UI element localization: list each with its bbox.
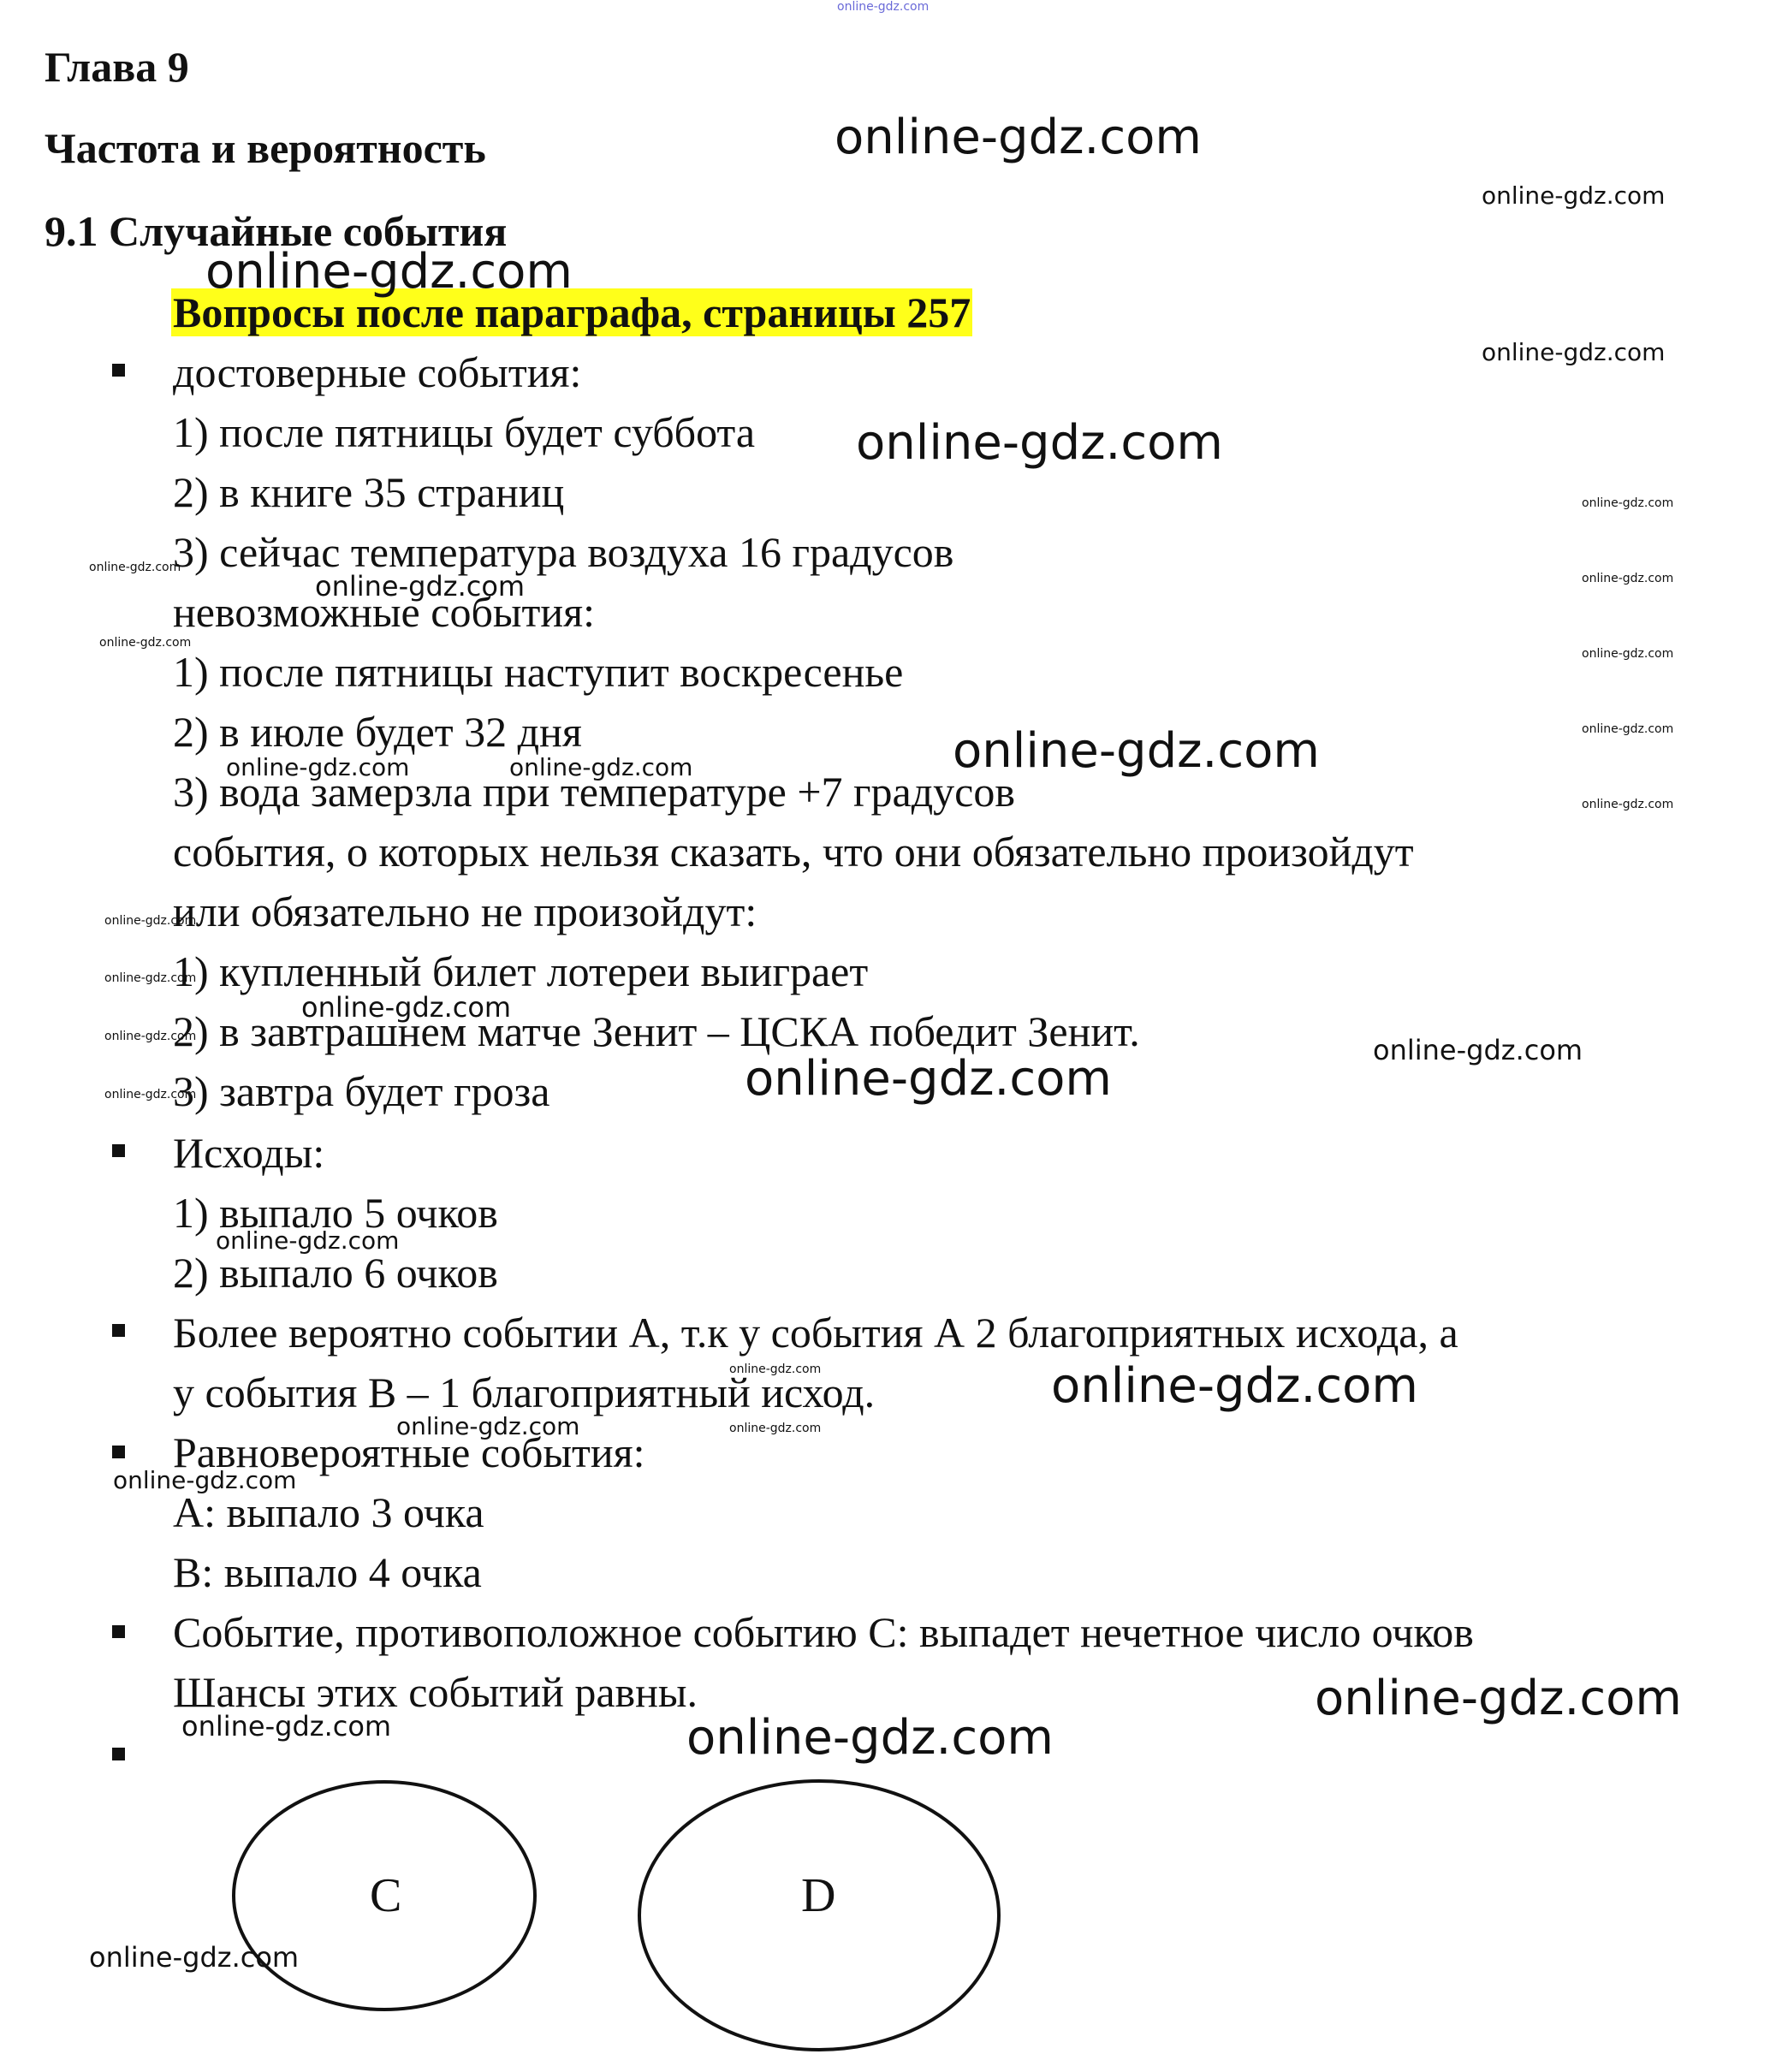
watermark: online-gdz.com [835, 110, 1202, 165]
event-d-label: D [801, 1870, 835, 1921]
watermark: online-gdz.com [113, 1466, 296, 1494]
watermark: online-gdz.com [89, 561, 181, 574]
watermark: online-gdz.com [686, 1710, 1054, 1766]
watermark: online-gdz.com [1482, 338, 1665, 366]
watermark: online-gdz.com [104, 1088, 196, 1101]
watermark: online-gdz.com [226, 753, 409, 781]
watermark: online-gdz.com [1582, 572, 1673, 585]
watermark: online-gdz.com [104, 914, 196, 928]
watermark: online-gdz.com [104, 1030, 196, 1043]
event-c-label: C [370, 1870, 401, 1921]
watermark: online-gdz.com [729, 1422, 821, 1435]
watermark: online-gdz.com [953, 723, 1320, 779]
watermark: online-gdz.com [89, 1941, 299, 1974]
watermark: online-gdz.com [315, 570, 525, 603]
watermark: online-gdz.com [1582, 496, 1673, 510]
watermark: online-gdz.com [1482, 181, 1665, 210]
watermark: online-gdz.com [1373, 1034, 1583, 1066]
watermark: online-gdz.com [745, 1051, 1112, 1107]
watermark: online-gdz.com [104, 971, 196, 985]
watermark: online-gdz.com [729, 1363, 821, 1376]
watermark: online-gdz.com [1582, 722, 1673, 736]
watermark: online-gdz.com [216, 1226, 399, 1255]
watermark: online-gdz.com [1582, 798, 1673, 811]
watermark: online-gdz.com [301, 991, 511, 1024]
watermark: online-gdz.com [509, 753, 692, 781]
watermark: online-gdz.com [1315, 1671, 1682, 1726]
watermark: online-gdz.com [1051, 1358, 1418, 1414]
watermark: online-gdz.com [856, 415, 1223, 471]
watermark: online-gdz.com [1582, 647, 1673, 661]
watermark: online-gdz.com [181, 1710, 391, 1742]
watermark: online-gdz.com [396, 1412, 579, 1440]
watermark: online-gdz.com [99, 636, 191, 650]
watermark: online-gdz.com [205, 244, 573, 300]
